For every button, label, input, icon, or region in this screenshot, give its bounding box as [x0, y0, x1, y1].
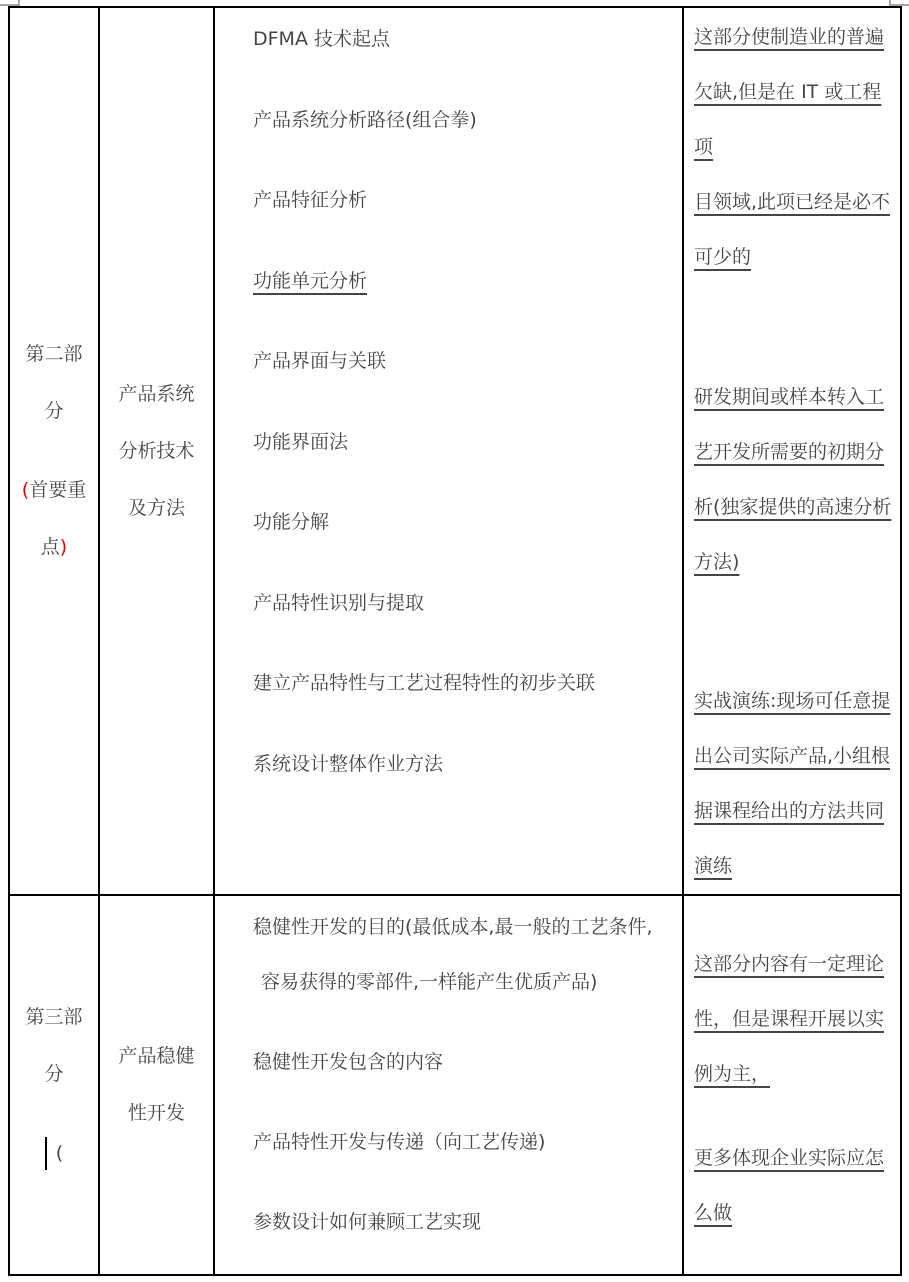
topic-line: 产品系统	[118, 366, 194, 423]
topic-line: 产品稳健	[118, 1028, 194, 1085]
section-cell-part3: 第三部分 (	[10, 896, 100, 1274]
course-item: 功能界面法	[253, 415, 668, 470]
section-title-part3: 第三部分	[25, 989, 82, 1103]
note-paragraph: 这部分使制造业的普遍 欠缺,但是在 IT 或工程项 目领域,此项已经是必不 可少…	[694, 10, 892, 285]
course-item: 参数设计如何兼顾工艺实现	[253, 1195, 668, 1250]
section-title-part2: 第二部分	[25, 326, 82, 440]
course-item: 产品特性识别与提取	[253, 576, 668, 631]
course-item: 产品特征分析	[253, 173, 668, 228]
course-item: 产品特性开发与传递（向工艺传递)	[253, 1115, 668, 1170]
note-paragraph: 实战演练:现场可任意提 出公司实际产品,小组根 据课程给出的方法共同 演练	[694, 674, 892, 894]
course-item: 系统设计整体作业方法	[253, 737, 668, 792]
note-paragraph: 更多体现企业实际应怎 么做	[694, 1131, 892, 1241]
notes-cell-part3: 这部分内容有一定理论 性，但是课程开展以实 例为主， 更多体现企业实际应怎 么做	[684, 896, 900, 1274]
course-item: 稳健性开发包含的内容	[253, 1035, 668, 1090]
course-item-underlined: 功能单元分析	[253, 254, 668, 309]
course-item: DFMA 技术起点	[253, 12, 668, 67]
section-cell-part2: 第二部分 (首要重点)	[10, 8, 100, 896]
red-close-paren: )	[60, 536, 67, 558]
note-paragraph: 研发期间或样本转入工 艺开发所需要的初期分 析(独家提供的高速分析 方法)	[694, 370, 892, 590]
course-items-part3: 稳健性开发的目的(最低成本,最一般的工艺条件, 容易获得的零部件,一样能产生优质…	[215, 896, 684, 1274]
note-paragraph: 这部分内容有一定理论 性，但是课程开展以实 例为主，	[694, 937, 892, 1102]
topic-cell-part2: 产品系统 分析技术 及方法	[100, 8, 215, 896]
topic-line: 及方法	[128, 480, 185, 537]
topic-line: 分析技术	[118, 423, 194, 480]
topic-cell-part3: 产品稳健 性开发	[100, 896, 215, 1274]
topic-line: 性开发	[128, 1085, 185, 1142]
course-item: 功能分解	[253, 495, 668, 550]
section-subtitle-part2: (首要重点)	[22, 462, 86, 576]
section-open-paren-line: (	[45, 1125, 63, 1182]
course-item: 稳健性开发的目的(最低成本,最一般的工艺条件, 容易获得的零部件,一样能产生优质…	[253, 900, 668, 1010]
course-outline-table: 第二部分 (首要重点) 产品系统 分析技术 及方法 DFMA 技术起点 产品系统…	[8, 6, 902, 1276]
open-paren: (	[56, 1125, 63, 1182]
course-item: 产品界面与关联	[253, 334, 668, 389]
notes-cell-part2: 这部分使制造业的普遍 欠缺,但是在 IT 或工程项 目领域,此项已经是必不 可少…	[684, 8, 900, 896]
course-item: 建立产品特性与工艺过程特性的初步关联	[253, 656, 668, 711]
text-cursor	[45, 1137, 47, 1170]
course-item: 产品系统分析路径(组合拳)	[253, 93, 668, 148]
course-items-part2: DFMA 技术起点 产品系统分析路径(组合拳) 产品特征分析 功能单元分析 产品…	[215, 8, 684, 896]
